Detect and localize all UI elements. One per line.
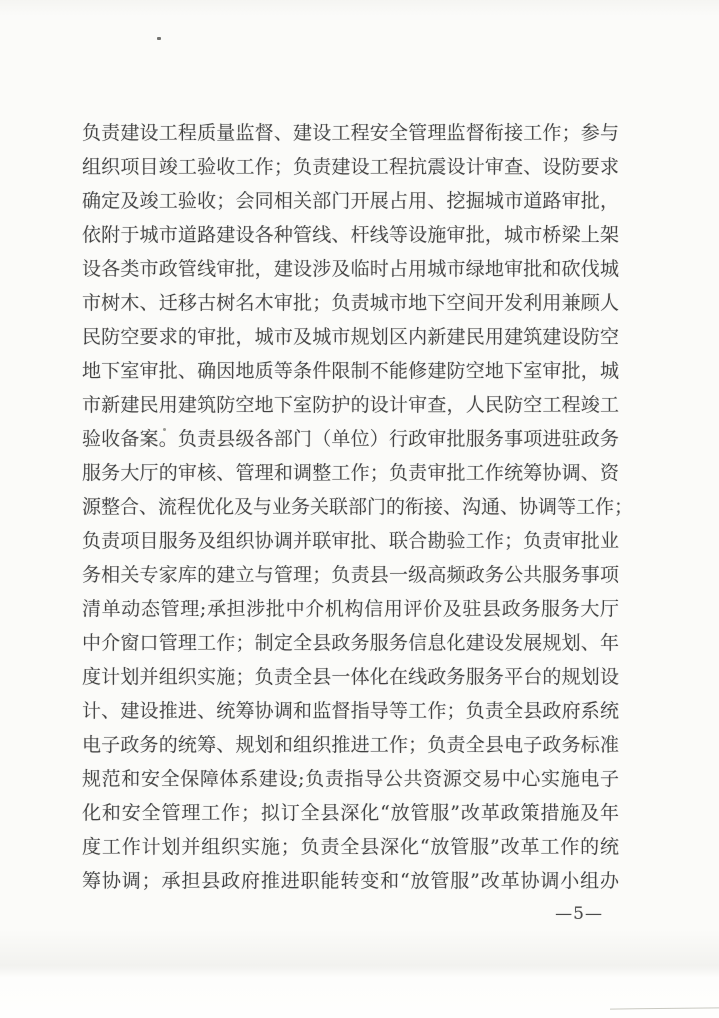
text-line: 电子政务的统筹、规划和组织推进工作；负责全县电子政务标准 <box>82 728 619 762</box>
scan-edge-line <box>610 1007 719 1009</box>
text-line: 设各类市政管线审批，建设涉及临时占用城市绿地审批和砍伐城 <box>82 252 619 286</box>
text-line: 负责建设工程质量监督、建设工程安全管理监督衔接工作；参与 <box>82 116 619 150</box>
text-line: 验收备案。负责县级各部门（单位）行政审批服务事项进驻政务 <box>82 422 619 456</box>
page-number: —5— <box>555 904 603 924</box>
text-line: 民防空要求的审批，城市及城市规划区内新建民用建筑建设防空 <box>82 320 619 354</box>
text-line: 务相关专家库的建立与管理；负责县一级高频政务公共服务事项 <box>82 558 619 592</box>
scan-speck <box>157 37 161 40</box>
text-line: 规范和安全保障体系建设;负责指导公共资源交易中心实施电子 <box>82 762 619 796</box>
scan-speck <box>163 428 166 431</box>
text-line: 确定及竣工验收；会同相关部门开展占用、挖掘城市道路审批， <box>82 184 619 218</box>
text-line: 负责项目服务及组织协调并联审批、联合勘验工作；负责审批业 <box>82 524 619 558</box>
text-line: 筹协调；承担县政府推进职能转变和“放管服”改革协调小组办 <box>82 864 619 898</box>
body-text: 负责建设工程质量监督、建设工程安全管理监督衔接工作；参与 组织项目竣工验收工作；… <box>82 116 619 898</box>
text-line: 源整合、流程优化及与业务关联部门的衔接、沟通、协调等工作； <box>82 490 619 524</box>
text-line: 组织项目竣工验收工作；负责建设工程抗震设计审查、设防要求 <box>82 150 619 184</box>
text-line: 市新建民用建筑防空地下室防护的设计审查，人民防空工程竣工 <box>82 388 619 422</box>
text-line: 地下室审批、确因地质等条件限制不能修建防空地下室审批，城 <box>82 354 619 388</box>
text-line: 中介窗口管理工作；制定全县政务服务信息化建设发展规划、年 <box>82 626 619 660</box>
document-page: 负责建设工程质量监督、建设工程安全管理监督衔接工作；参与 组织项目竣工验收工作；… <box>0 0 719 1018</box>
text-line: 度工作计划并组织实施；负责全县深化“放管服”改革工作的统 <box>82 830 619 864</box>
text-line: 清单动态管理;承担涉批中介机构信用评价及驻县政务服务大厅 <box>82 592 619 626</box>
text-line: 服务大厅的审核、管理和调整工作；负责审批工作统筹协调、资 <box>82 456 619 490</box>
text-line: 依附于城市道路建设各种管线、杆线等设施审批，城市桥梁上架 <box>82 218 619 252</box>
text-line: 度计划并组织实施；负责全县一体化在线政务服务平台的规划设 <box>82 660 619 694</box>
text-line: 计、建设推进、统筹协调和监督指导等工作；负责全县政府系统 <box>82 694 619 728</box>
text-line: 化和安全管理工作；拟订全县深化“放管服”改革政策措施及年 <box>82 796 619 830</box>
text-line: 市树木、迁移古树名木审批；负责城市地下空间开发利用兼顾人 <box>82 286 619 320</box>
